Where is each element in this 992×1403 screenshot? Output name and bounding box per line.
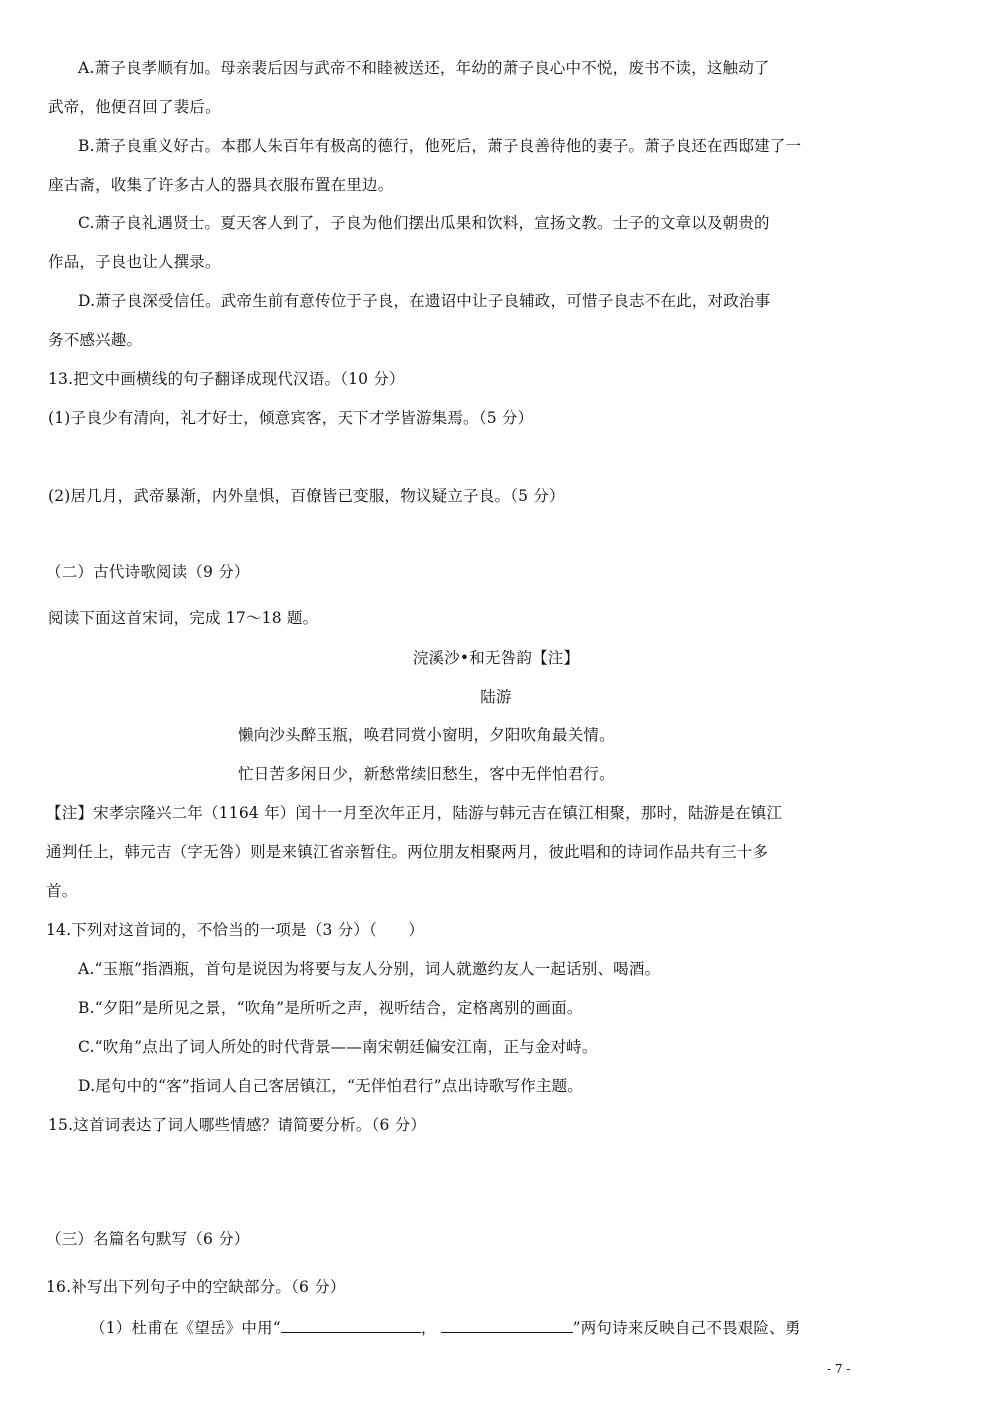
page-number: - 7 -: [827, 1362, 850, 1376]
poem-note-line2: 通判任上，韩元吉（字无咎）则是来镇江省亲暂住。两位朋友相聚两月，彼此唱和的诗词作…: [46, 842, 768, 862]
q12-option-a-line1: A.萧子良孝顺有加。母亲裴后因与武帝不和睦被送还，年幼的萧子良心中不悦，废书不读…: [78, 58, 770, 78]
answer-blank-2[interactable]: [441, 1316, 573, 1333]
q12-option-a-line2: 武帝，他便召回了裴后。: [48, 97, 221, 117]
poem-note-line1: 【注】宋孝宗隆兴二年（1164 年）闰十一月至次年正月，陆游与韩元吉在镇江相聚，…: [46, 803, 782, 823]
q12-option-d-line1: D.萧子良深受信任。武帝生前有意传位于子良，在遗诏中让子良辅政，可惜子良志不在此…: [78, 291, 770, 311]
poem-title: 浣溪沙•和无咎韵【注】: [0, 648, 992, 668]
poem-line-2: 忙日苦多闲日少，新愁常续旧愁生，客中无伴怕君行。: [238, 764, 615, 784]
q14-stem: 14.下列对这首词的，不恰当的一项是（3 分）（ ）: [46, 920, 424, 940]
q12-option-d-line2: 务不感兴趣。: [48, 330, 142, 350]
q16-item1-suffix: ”两句诗来反映自己不畏艰险、勇: [573, 1319, 801, 1337]
poem-author: 陆游: [0, 687, 992, 707]
answer-blank-1[interactable]: [281, 1316, 421, 1333]
section2-heading: （二）古代诗歌阅读（9 分）: [46, 562, 250, 582]
q14-option-a: A.“玉瓶”指酒瓶，首句是说因为将要与友人分别，词人就邀约友人一起话别、喝酒。: [78, 959, 660, 979]
q13-item-1: (1)子良少有清向，礼才好士，倾意宾客，天下才学皆游集焉。（5 分）: [48, 408, 533, 428]
q16-item-1: （1）杜甫在《望岳》中用“，”两句诗来反映自己不畏艰险、勇: [90, 1316, 801, 1338]
q13-item-2: (2)居几月，武帝暴渐，内外皇惧，百僚皆已变服，物议疑立子良。（5 分）: [48, 486, 565, 506]
q12-option-b-line2: 座古斋，收集了许多古人的器具衣服布置在里边。: [48, 175, 393, 195]
q14-option-b: B.“夕阳”是所见之景，“吹角”是所听之声，视听结合，定格离别的画面。: [78, 998, 583, 1018]
q16-stem: 16.补写出下列句子中的空缺部分。（6 分）: [46, 1277, 346, 1297]
section3-heading: （三）名篇名句默写（6 分）: [46, 1229, 250, 1249]
q12-option-b-line1: B.萧子良重义好古。本郡人朱百年有极高的德行，他死后，萧子良善待他的妻子。萧子良…: [78, 136, 801, 156]
q15-stem: 15.这首词表达了词人哪些情感？请简要分析。（6 分）: [48, 1115, 426, 1135]
q16-item1-separator: ，: [421, 1319, 437, 1337]
q14-option-d: D.尾句中的“客”指词人自己客居镇江，“无伴怕君行”点出诗歌写作主题。: [78, 1076, 583, 1096]
poem-note-line3: 首。: [46, 881, 77, 901]
q16-item1-prefix: （1）杜甫在《望岳》中用“: [90, 1319, 281, 1337]
q12-option-c-line1: C.萧子良礼遇贤士。夏天客人到了，子良为他们摆出瓜果和饮料，宣扬文教。士子的文章…: [78, 213, 770, 233]
poem-line-1: 懒向沙头醉玉瓶，唤君同赏小窗明，夕阳吹角最关情。: [238, 725, 615, 745]
section2-instruction: 阅读下面这首宋词，完成 17～18 题。: [48, 608, 318, 628]
q14-option-c: C.“吹角”点出了词人所处的时代背景——南宋朝廷偏安江南，正与金对峙。: [78, 1037, 598, 1057]
q12-option-c-line2: 作品，子良也让人撰录。: [48, 252, 221, 272]
q13-stem: 13.把文中画横线的句子翻译成现代汉语。（10 分）: [48, 369, 405, 389]
